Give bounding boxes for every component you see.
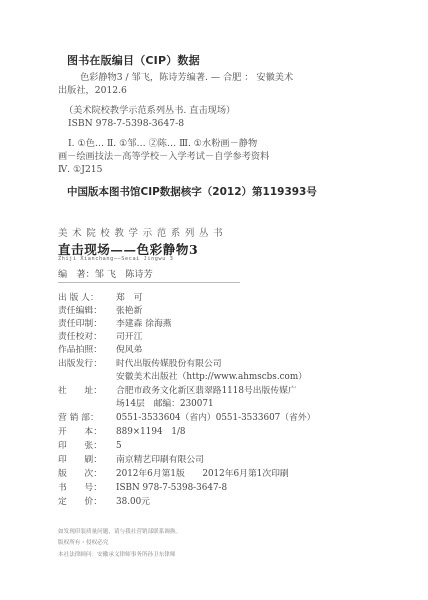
cip-isbn: ISBN 978-7-5398-3647-8 bbox=[68, 118, 184, 130]
credit-label: 开 本： bbox=[58, 426, 116, 438]
credit-value: 2012年6月第1版 2012年6月第1次印刷 bbox=[116, 468, 289, 480]
authors-value: 邹 飞 陈诗芳 bbox=[95, 269, 153, 280]
cip-line: 色彩静物3 / 邹飞，陈诗芳编著. — 合肥 ： 安徽美术 bbox=[80, 72, 293, 84]
credit-row: 责任编辑：张艳新 bbox=[58, 305, 142, 317]
credit-row: 印 刷：南京精艺印刷有限公司 bbox=[58, 454, 204, 466]
credit-value: 李建森 徐海燕 bbox=[116, 318, 172, 330]
credit-value: 场14层 邮编：230071 bbox=[116, 398, 214, 410]
credit-row: 开 本：889×1194 1/8 bbox=[58, 426, 186, 438]
series-name: 美术院校教学示范系列丛书 bbox=[58, 225, 227, 239]
footer-line: 本社法律顾问：安徽承义律师事务所孙卫东律师 bbox=[58, 550, 175, 558]
book-title-pinyin: Zhiji Xianchang——Secai Jingwu 3 bbox=[58, 256, 173, 262]
footer-line: 版权所有・侵权必究 bbox=[58, 538, 108, 546]
credit-row: 责任校对：司开江 bbox=[58, 331, 142, 343]
credit-label: 出版发行： bbox=[58, 358, 116, 370]
credit-value: 司开江 bbox=[116, 331, 142, 343]
credit-value: 郑 可 bbox=[116, 292, 142, 304]
credit-row: 书 号：ISBN 978-7-5398-3647-8 bbox=[58, 482, 227, 494]
credit-row: 责任印制：李建森 徐海燕 bbox=[58, 318, 172, 330]
credit-label: 责任校对： bbox=[58, 331, 116, 343]
credit-label: 营 销 部： bbox=[58, 412, 116, 424]
credit-row: 版 次：2012年6月第1版 2012年6月第1次印刷 bbox=[58, 468, 289, 480]
credit-label: 作品拍照： bbox=[58, 344, 116, 356]
footer-line: 如发现印装质量问题，请与我社营销部联系调换。 bbox=[58, 527, 181, 535]
credit-label: 责任印制： bbox=[58, 318, 116, 330]
credit-label: 印 张： bbox=[58, 440, 116, 452]
credit-row: 定 价：38.00元 bbox=[58, 496, 150, 508]
credit-row: 印 张：5 bbox=[58, 440, 122, 452]
credit-value: 南京精艺印刷有限公司 bbox=[116, 454, 204, 466]
credit-value: 安徽美术出版社（http://www.ahmscbs.com） bbox=[116, 371, 307, 383]
cip-record-number: 中国版本图书馆CIP数据核字（2012）第119393号 bbox=[67, 184, 317, 199]
cip-line: 出版社，2012.6 bbox=[58, 85, 127, 97]
credit-row: 社 址：合肥市政务文化新区翡翠路1118号出版传媒广 bbox=[58, 385, 297, 397]
credit-row: 营 销 部：0551-3533604（省内）0551-3533607（省外） bbox=[58, 412, 315, 424]
credit-value: 38.00元 bbox=[116, 496, 150, 508]
credit-value: 0551-3533604（省内）0551-3533607（省外） bbox=[116, 412, 315, 424]
cip-line: Ⅰ. ①色… Ⅱ. ①邹… ②陈… Ⅲ. ①水粉画－静物 bbox=[68, 138, 257, 150]
credit-label: 责任编辑： bbox=[58, 305, 116, 317]
divider bbox=[58, 282, 240, 283]
cip-line: （美术院校教学示范系列丛书. 直击现场） bbox=[64, 105, 235, 117]
credit-row: 出版发行：时代出版传媒股份有限公司 bbox=[58, 358, 222, 370]
credit-row: 作品拍照：倪风弟 bbox=[58, 344, 142, 356]
credit-label: 社 址： bbox=[58, 385, 116, 397]
credit-value: 合肥市政务文化新区翡翠路1118号出版传媒广 bbox=[116, 385, 297, 397]
credit-label: 书 号： bbox=[58, 482, 116, 494]
authors-line: 编 著：邹 飞 陈诗芳 bbox=[58, 266, 153, 280]
credit-label: 出 版 人： bbox=[58, 292, 116, 304]
credit-row: 出 版 人：郑 可 bbox=[58, 292, 142, 304]
cip-line: 画－绘画技法－高等学校－入学考试－自学参考资料 bbox=[58, 151, 269, 163]
credit-value: 张艳新 bbox=[116, 305, 142, 317]
credit-value: 倪风弟 bbox=[116, 344, 142, 356]
credit-label: 印 刷： bbox=[58, 454, 116, 466]
credit-row: 安徽美术出版社（http://www.ahmscbs.com） bbox=[58, 371, 307, 383]
credit-value: 时代出版传媒股份有限公司 bbox=[116, 358, 222, 370]
credit-row: 场14层 邮编：230071 bbox=[58, 398, 214, 410]
cip-line: Ⅳ. ①J215 bbox=[58, 164, 102, 176]
cip-heading: 图书在版编目（CIP）数据 bbox=[67, 52, 200, 68]
credit-label: 定 价： bbox=[58, 496, 116, 508]
credit-value: ISBN 978-7-5398-3647-8 bbox=[116, 482, 227, 494]
credit-value: 5 bbox=[116, 440, 122, 452]
authors-label: 编 著： bbox=[58, 269, 95, 280]
credit-value: 889×1194 1/8 bbox=[116, 426, 186, 438]
credit-label: 版 次： bbox=[58, 468, 116, 480]
